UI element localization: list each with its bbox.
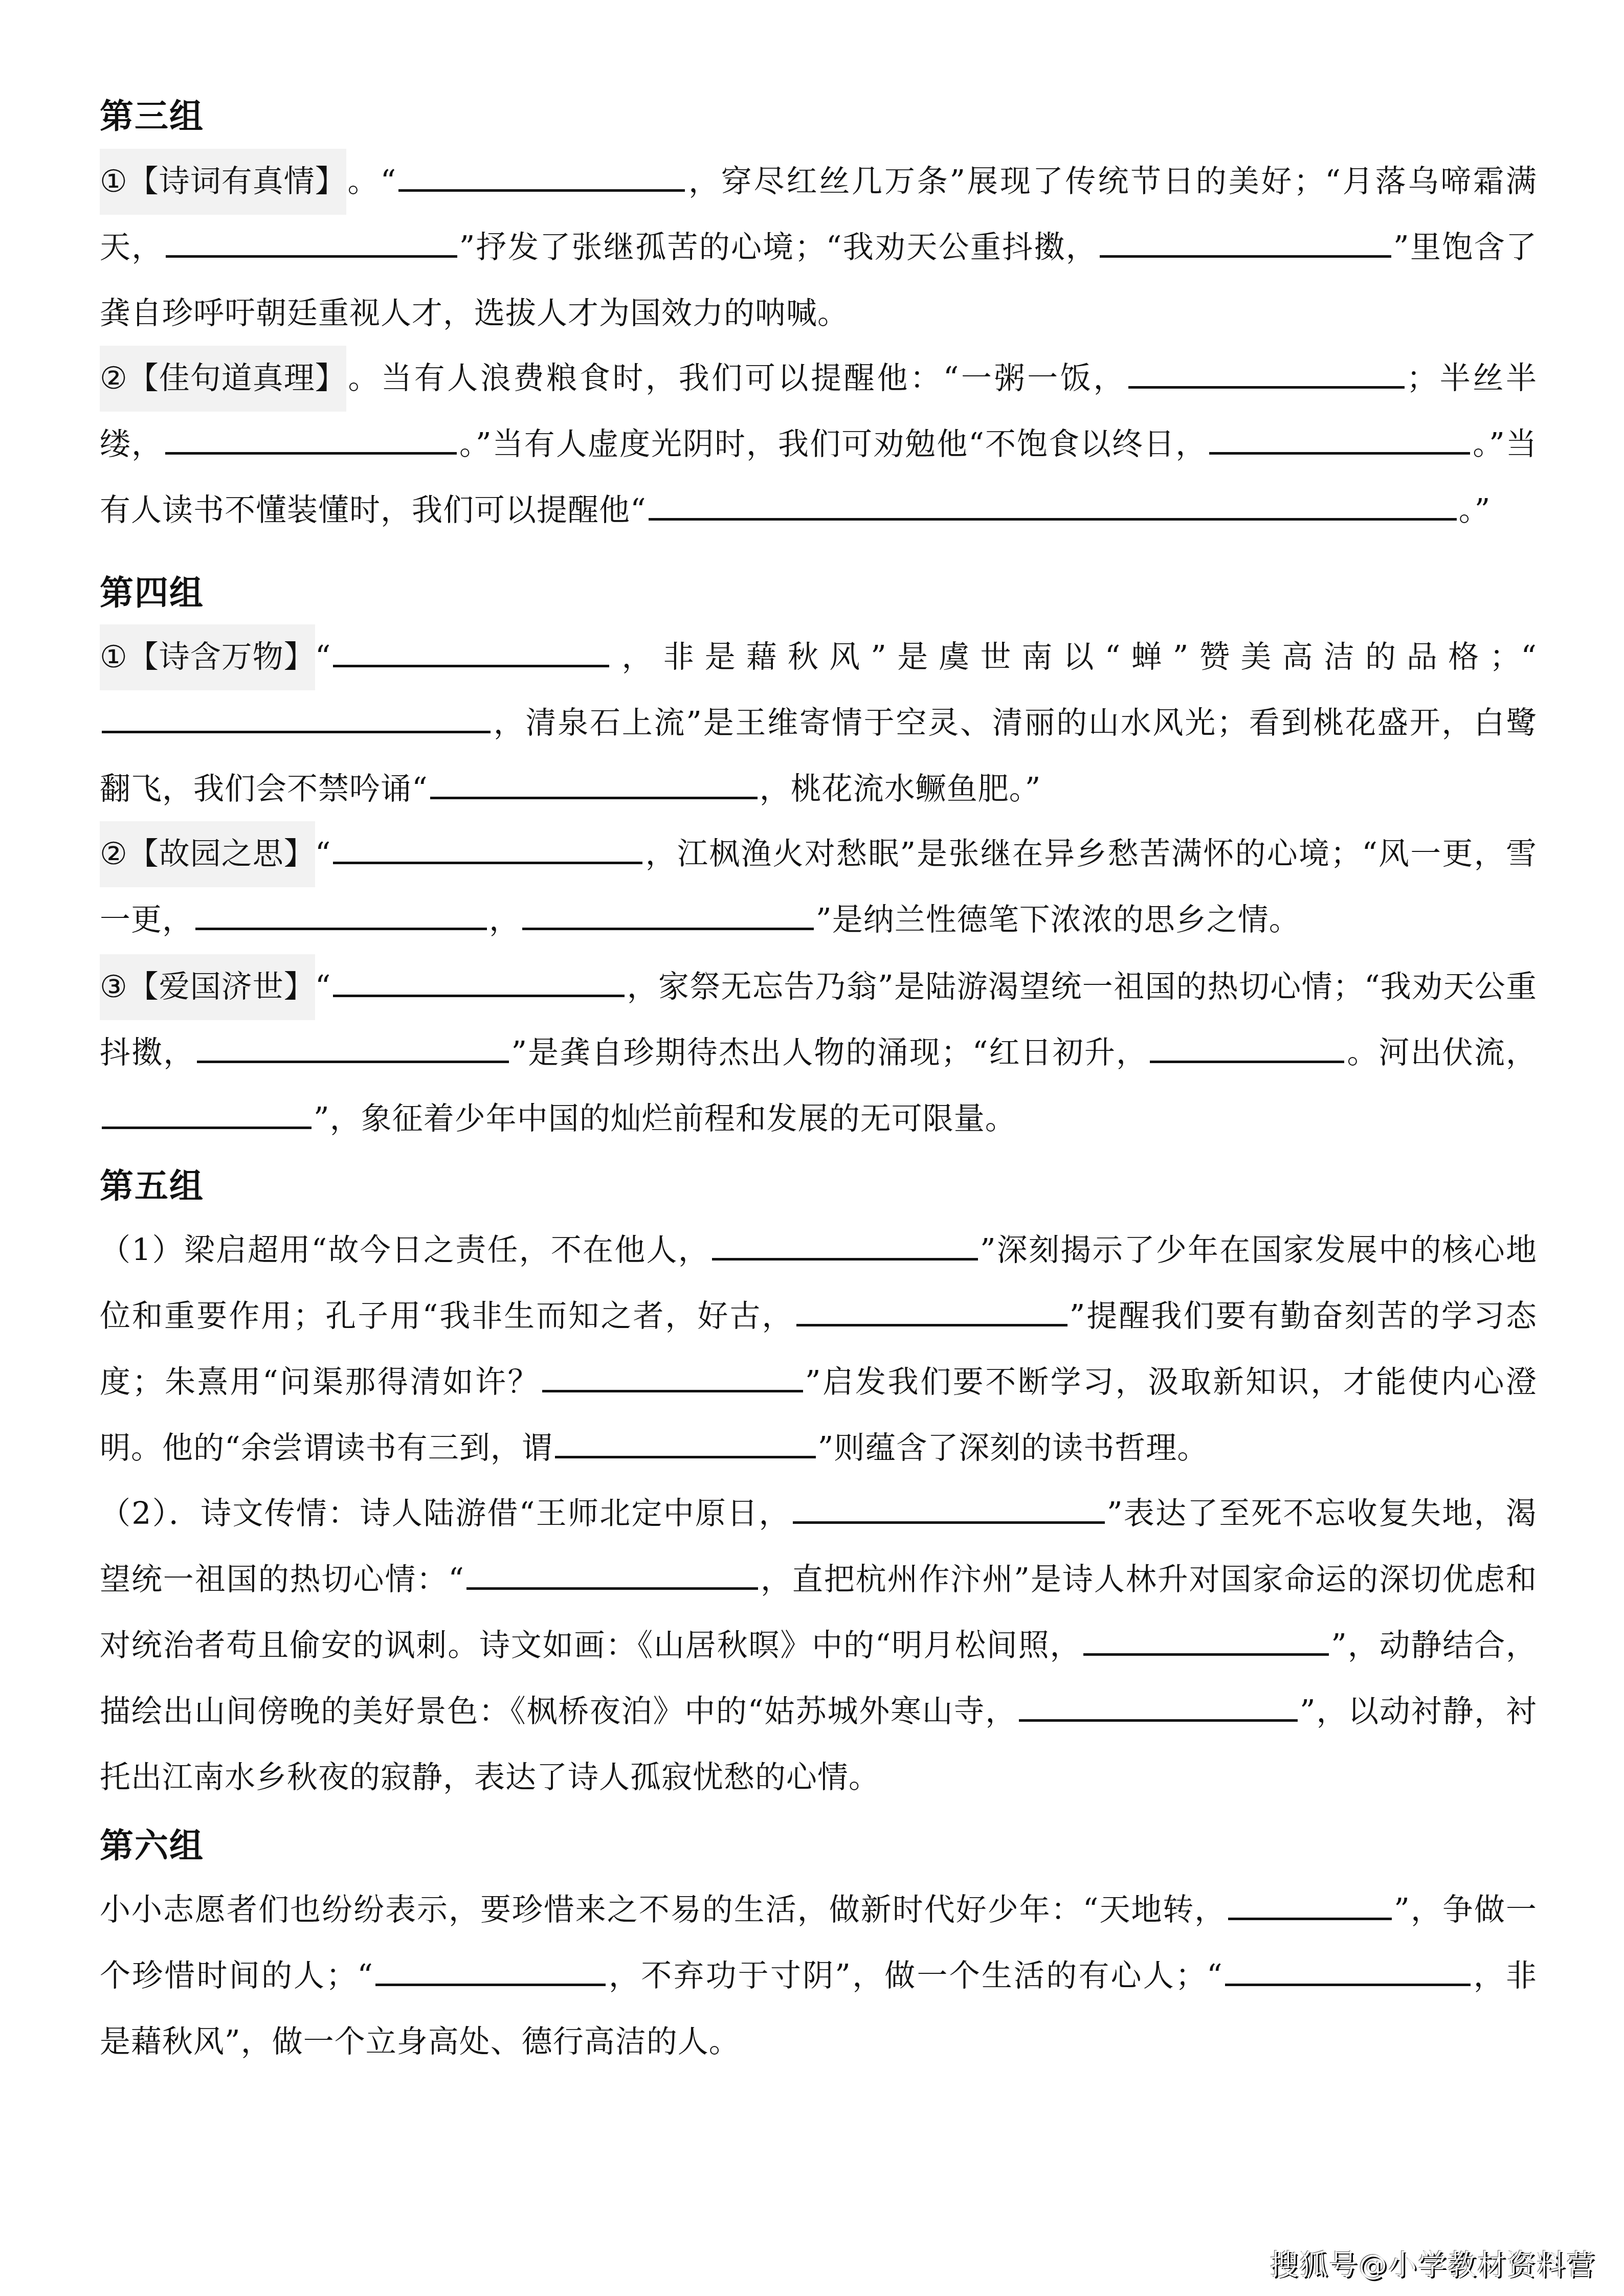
fill-in-blank[interactable] — [1150, 1029, 1344, 1063]
fill-in-blank[interactable] — [1209, 420, 1470, 455]
paragraph-text: （2）．诗文传情：诗人陆游借“王师北定中原日， — [100, 1496, 791, 1532]
fill-in-blank[interactable] — [1083, 1622, 1329, 1656]
question-paragraph: ①【诗词有真情】。“，穿尽红丝几万条”展现了传统节日的美好；“月落乌啼霜满天，”… — [100, 149, 1537, 347]
fill-in-blank[interactable] — [466, 1556, 758, 1590]
paragraph-text: “ — [315, 639, 331, 675]
fill-in-blank[interactable] — [375, 1952, 606, 1986]
paragraph-text: ”，象征着少年中国的灿烂前程和发展的无可限量。 — [314, 1101, 1016, 1137]
paragraph-text: ，非是藉秋风”是虞世南以“蝉”赞美高洁的品格；“ — [611, 639, 1537, 675]
fill-in-blank[interactable] — [102, 699, 491, 733]
question-paragraph: ②【故园之思】“，江枫渔火对愁眠”是张继在异乡愁苦满怀的心境；“风一更，雪一更，… — [100, 821, 1537, 953]
fill-in-blank[interactable] — [430, 765, 758, 799]
section-heading: 第四组 — [100, 573, 204, 614]
paragraph-text: （1）梁启超用“故今日之责任，不在他人， — [100, 1232, 710, 1268]
fill-in-blank[interactable] — [195, 896, 487, 930]
paragraph-text: 。” — [1459, 492, 1491, 528]
question-paragraph: ③【爱国济世】“，家祭无忘告乃翁”是陆游渴望统一祖国的热切心情；“我劝天公重抖擞… — [100, 954, 1537, 1152]
fill-in-blank[interactable] — [649, 486, 1457, 521]
fill-in-blank[interactable] — [1225, 1952, 1471, 1986]
paragraph-text: ”是纳兰性德笔下浓浓的思乡之情。 — [816, 902, 1300, 938]
section-heading: 第三组 — [100, 96, 204, 137]
paragraph-text: “ — [315, 969, 331, 1005]
fill-in-blank[interactable] — [1128, 354, 1405, 389]
fill-in-blank[interactable] — [333, 830, 642, 864]
topic-tag: ③【爱国济世】 — [100, 954, 315, 1020]
paragraph-text: 。河出伏流， — [1346, 1035, 1537, 1071]
paragraph-text: ， — [489, 902, 520, 938]
fill-in-blank[interactable] — [522, 896, 814, 930]
paragraph-text: ”是龚自珍期待杰出人物的涌现；“红日初升， — [511, 1035, 1148, 1071]
fill-in-blank[interactable] — [712, 1226, 978, 1260]
topic-tag: ①【诗含万物】 — [100, 624, 315, 690]
fill-in-blank[interactable] — [333, 963, 625, 997]
paragraph-text: 。“ — [346, 164, 396, 199]
paragraph-text: ，不弃功于寸阴”，做一个生活的有心人；“ — [608, 1958, 1223, 1994]
paragraph-text: ”则蕴含了深刻的读书哲理。 — [818, 1430, 1209, 1466]
fill-in-blank[interactable] — [102, 1095, 312, 1129]
topic-tag: ②【故园之思】 — [100, 821, 315, 887]
fill-in-blank[interactable] — [555, 1424, 816, 1458]
fill-in-blank[interactable] — [197, 1029, 509, 1063]
fill-in-blank[interactable] — [793, 1490, 1105, 1524]
section-heading: 第五组 — [100, 1166, 204, 1207]
question-paragraph: ②【佳句道真理】。当有人浪费粮食时，我们可以提醒他：“一粥一饭，；半丝半缕，。”… — [100, 346, 1537, 544]
question-paragraph: 小小志愿者们也纷纷表示，要珍惜来之不易的生活，做新时代好少年：“天地转，”，争做… — [100, 1877, 1537, 2075]
topic-tag: ②【佳句道真理】 — [100, 346, 346, 412]
watermark: 搜狐号@小学教材资料营 — [1270, 2242, 1596, 2283]
question-paragraph: （2）．诗文传情：诗人陆游借“王师北定中原日，”表达了至死不忘收复失地，渴望统一… — [100, 1481, 1537, 1811]
question-paragraph: ①【诗含万物】“，非是藉秋风”是虞世南以“蝉”赞美高洁的品格；“，清泉石上流”是… — [100, 624, 1537, 822]
question-paragraph: （1）梁启超用“故今日之责任，不在他人，”深刻揭示了少年在国家发展中的核心地位和… — [100, 1218, 1537, 1481]
paragraph-text: 。”当有人虚度光阴时，我们可劝勉他“不饱食以终日， — [459, 426, 1207, 462]
paragraph-text: ”抒发了张继孤苦的心境；“我劝天公重抖擞， — [459, 230, 1098, 265]
paragraph-text: ，桃花流水鳜鱼肥。” — [760, 771, 1041, 807]
fill-in-blank[interactable] — [796, 1292, 1067, 1326]
topic-tag: ①【诗词有真情】 — [100, 149, 346, 215]
fill-in-blank[interactable] — [165, 420, 457, 455]
paragraph-text: “ — [315, 836, 331, 872]
paragraph-text: 小小志愿者们也纷纷表示，要珍惜来之不易的生活，做新时代好少年：“天地转， — [100, 1892, 1226, 1928]
fill-in-blank[interactable] — [1019, 1687, 1298, 1722]
fill-in-blank[interactable] — [398, 157, 685, 192]
section-heading: 第六组 — [100, 1826, 204, 1866]
fill-in-blank[interactable] — [542, 1358, 803, 1392]
fill-in-blank[interactable] — [1228, 1886, 1392, 1920]
fill-in-blank[interactable] — [1100, 223, 1391, 258]
fill-in-blank[interactable] — [166, 223, 457, 258]
fill-in-blank[interactable] — [333, 633, 609, 667]
paragraph-text: 。当有人浪费粮食时，我们可以提醒他：“一粥一饭， — [346, 361, 1126, 396]
